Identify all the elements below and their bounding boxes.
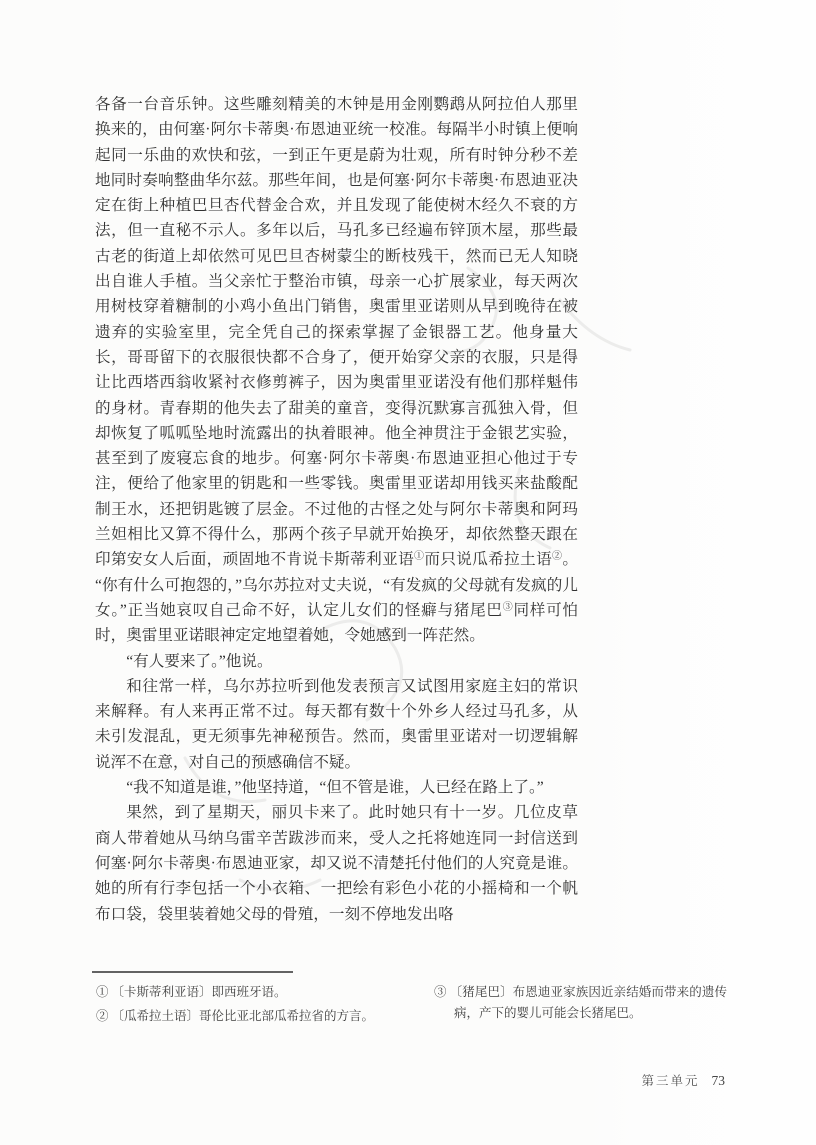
body-text-run: 果然，到了星期天，丽贝卡来了。此时她只有十一岁。几位皮草商人带着她从马纳乌雷辛苦… [95,804,578,922]
page-footer: 第三单元73 [0,1071,725,1090]
footnote-text: 〔卡斯蒂利亚语〕即西班牙语。 [112,985,287,999]
body-paragraph: “我不知道是谁，”他坚持道，“但不管是谁，人已经在路上了。” [95,775,578,800]
footnote-item: ②〔瓜希拉土语〕哥伦比亚北部瓜希拉省的方言。 [96,1006,398,1027]
footnote-divider [92,971,293,973]
footnote-text: 〔瓜希拉土语〕哥伦比亚北部瓜希拉省的方言。 [112,1009,375,1023]
footnotes-left-column: ①〔卡斯蒂利亚语〕即西班牙语。②〔瓜希拉土语〕哥伦比亚北部瓜希拉省的方言。 [96,982,398,1030]
body-paragraph: 各备一台音乐钟。这些雕刻精美的木钟是用金刚鹦鹉从阿拉伯人那里换来的，由何塞·阿尔… [95,92,578,649]
section-label: 第三单元 [641,1074,699,1088]
footnote-item: ③〔猪尾巴〕布恩迪亚家族因近亲结婚而带来的遗传病，产下的婴儿可能会长猪尾巴。 [434,982,727,1024]
body-paragraph: 果然，到了星期天，丽贝卡来了。此时她只有十一岁。几位皮草商人带着她从马纳乌雷辛苦… [95,800,578,926]
footnotes-right-column: ③〔猪尾巴〕布恩迪亚家族因近亲结婚而带来的遗传病，产下的婴儿可能会长猪尾巴。 [434,982,727,1027]
body-text: 各备一台音乐钟。这些雕刻精美的木钟是用金刚鹦鹉从阿拉伯人那里换来的，由何塞·阿尔… [95,92,578,927]
body-paragraph: 和往常一样，乌尔苏拉听到他发表预言又试图用家庭主妇的常识来解释。有人来再正常不过… [95,674,578,775]
footnote-marker: ③ [434,985,447,999]
body-text-run: “有人要来了。”他说。 [126,653,272,670]
footnote-item: ①〔卡斯蒂利亚语〕即西班牙语。 [96,982,398,1003]
body-text-run: 各备一台音乐钟。这些雕刻精美的木钟是用金刚鹦鹉从阿拉伯人那里换来的，由何塞·阿尔… [95,96,578,568]
body-text-run: 而只说瓜希拉土语 [424,551,552,568]
footnote-marker: ① [96,985,109,999]
footnote-text: 〔猪尾巴〕布恩迪亚家族因近亲结婚而带来的遗传病，产下的婴儿可能会长猪尾巴。 [450,985,727,1020]
body-paragraph: “有人要来了。”他说。 [95,649,578,674]
book-page: 各备一台音乐钟。这些雕刻精美的木钟是用金刚鹦鹉从阿拉伯人那里换来的，由何塞·阿尔… [0,0,816,1145]
footnote-marker: ② [96,1009,109,1023]
body-text-run: “我不知道是谁，”他坚持道，“但不管是谁，人已经在路上了。” [126,779,544,796]
page-number: 73 [712,1073,726,1088]
body-text-run: 和往常一样，乌尔苏拉听到他发表预言又试图用家庭主妇的常识来解释。有人来再正常不过… [95,678,578,771]
